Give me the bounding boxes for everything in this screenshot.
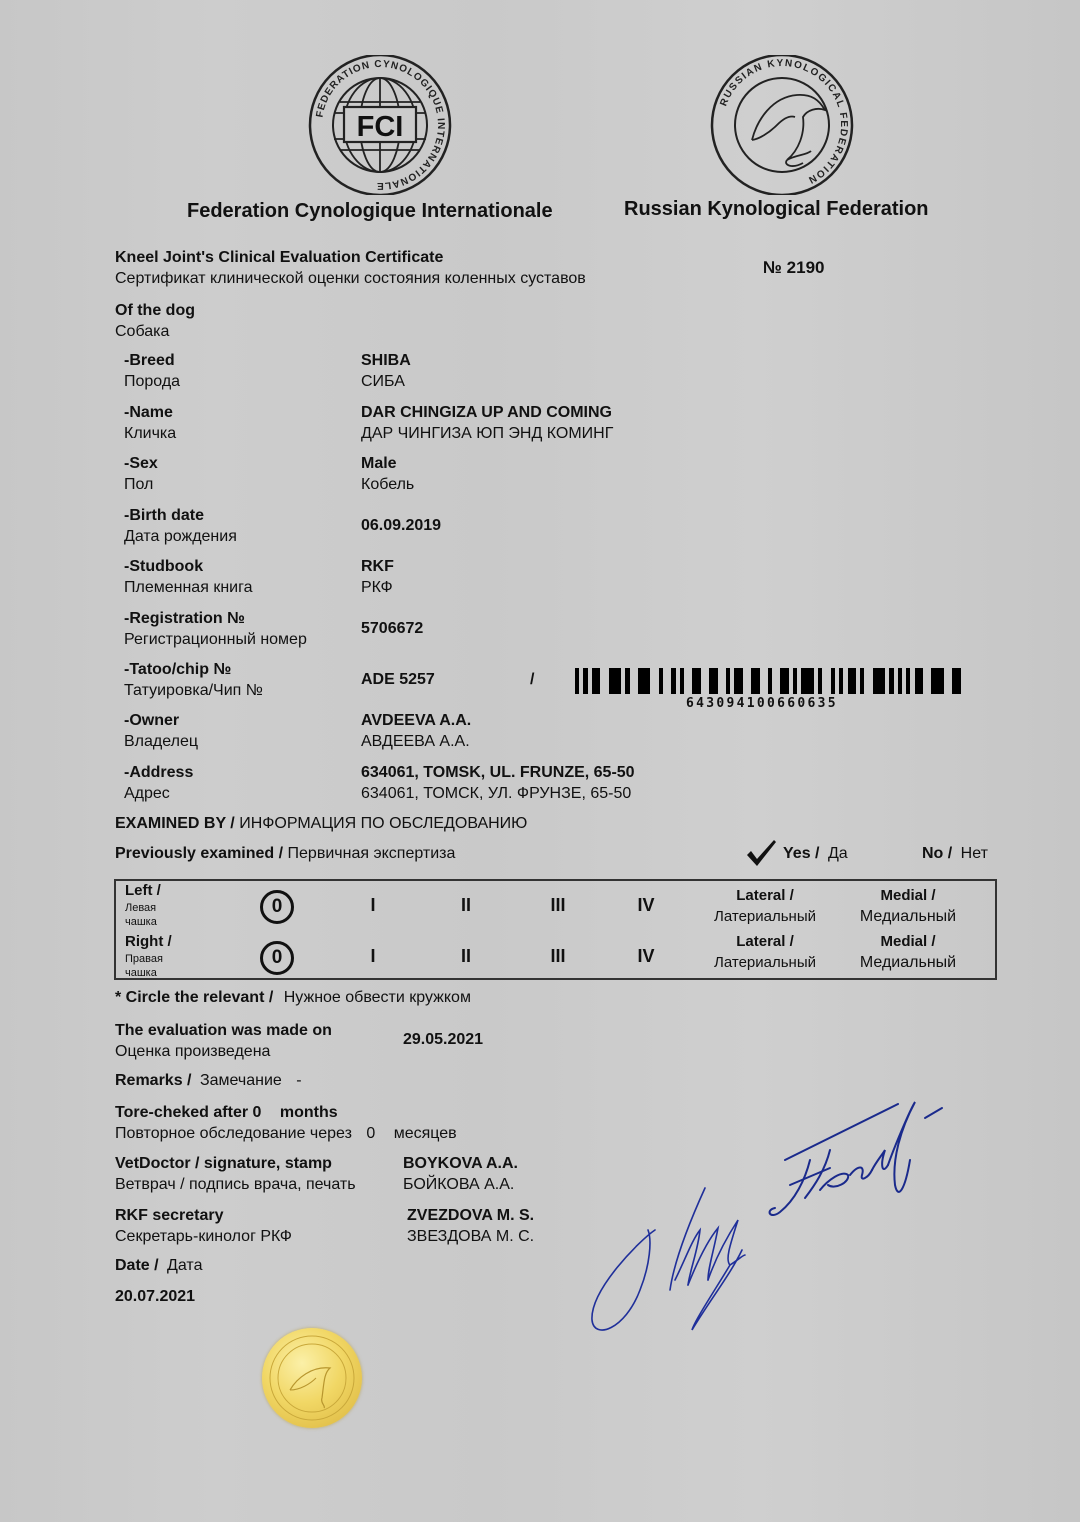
grade-option-ii[interactable]: II [461, 895, 471, 916]
field-label-ru: Племенная книга [124, 577, 252, 598]
field-name: -NameКличка DAR CHINGIZA UP AND COMINGДА… [124, 402, 1024, 450]
field-label: -Name [124, 402, 176, 423]
rkf-org-name: Russian Kynological Federation [624, 198, 929, 221]
field-value: Male [361, 453, 414, 474]
recheck-suffix-en: months [280, 1104, 338, 1121]
checkmark-icon [745, 838, 777, 868]
vet-name-ru: БОЙКОВА А.А. [403, 1174, 518, 1195]
previously-examined-en: Previously examined / [115, 845, 283, 862]
field-label: -Registration № [124, 608, 307, 629]
signatures [580, 1090, 960, 1350]
borzoi-head-icon [752, 95, 825, 166]
evaluation-label-ru: Оценка произведена [115, 1041, 332, 1062]
secretary-name: ZVEZDOVA M. S. ЗВЕЗДОВА М. С. [407, 1205, 534, 1247]
field-breed: -BreedПорода SHIBAСИБА [124, 350, 1024, 398]
examined-heading: EXAMINED BY / ИНФОРМАЦИЯ ПО ОБСЛЕДОВАНИЮ [115, 815, 527, 833]
field-owner: -OwnerВладелец AVDEEVA A.A.АВДЕЕВА А.А. [124, 710, 1024, 758]
field-value: 5706672 [361, 618, 423, 639]
secretary-label-en: RKF secretary [115, 1205, 292, 1226]
medial-option[interactable]: Medial / Медиальный [860, 932, 956, 974]
medial-label-en: Medial / [860, 932, 956, 952]
grade-option-iv[interactable]: IV [637, 895, 654, 916]
field-value-ru: Кобель [361, 474, 414, 495]
grade-row-right: Right / Правая чашка 0 I II III IV Later… [116, 932, 995, 980]
yes-label-en: Yes / [783, 845, 819, 862]
grade-option-0[interactable]: 0 [260, 890, 294, 924]
vet-label-ru: Ветврач / подпись врача, печать [115, 1174, 356, 1195]
recheck-value-en: 0 [253, 1104, 262, 1121]
field-label: -Breed [124, 350, 180, 371]
dog-section-heading: Of the dog Собака [115, 300, 195, 342]
previously-examined-ru: Первичная экспертиза [288, 845, 456, 862]
examined-heading-ru: ИНФОРМАЦИЯ ПО ОБСЛЕДОВАНИЮ [239, 815, 527, 832]
fci-org-name: Federation Cynologique Internationale [187, 200, 553, 223]
field-label: -Sex [124, 453, 158, 474]
gold-seal [262, 1328, 362, 1428]
field-registration: -Registration №Регистрационный номер 570… [124, 608, 1024, 656]
side-label: Left / [125, 882, 161, 899]
remarks-label-ru: Замечание [200, 1072, 282, 1089]
field-value: 06.09.2019 [361, 515, 441, 536]
evaluation-label-en: The evaluation was made on [115, 1020, 332, 1041]
vet-name: BOYKOVA A.A. БОЙКОВА А.А. [403, 1153, 518, 1195]
lateral-label-ru: Латериальный [714, 952, 816, 974]
grade-table: Left / Левая чашка 0 I II III IV Lateral… [114, 879, 997, 980]
side-label-ru: Правая чашка [125, 952, 185, 980]
secretary-label-ru: Секретарь-кинолог РКФ [115, 1226, 292, 1247]
field-label-ru: Владелец [124, 731, 198, 752]
medial-label-en: Medial / [860, 886, 956, 906]
date-label: Date / Дата [115, 1257, 202, 1275]
yes-option[interactable]: Yes / Да [783, 845, 848, 863]
field-value: SHIBA [361, 350, 411, 371]
field-label: -Studbook [124, 556, 252, 577]
no-option[interactable]: No / Нет [922, 845, 988, 863]
previously-examined: Previously examined / Первичная эксперти… [115, 845, 455, 863]
remarks: Remarks / Замечание - [115, 1072, 302, 1090]
field-studbook: -StudbookПлеменная книга RKFРКФ [124, 556, 1024, 604]
field-value: RKF [361, 556, 394, 577]
lateral-label-en: Lateral / [714, 886, 816, 906]
field-address: -AddressАдрес 634061, TOMSK, UL. FRUNZE,… [124, 762, 1024, 810]
secretary-signature-icon [592, 1188, 745, 1330]
recheck-suffix-ru: месяцев [394, 1125, 457, 1142]
circle-note-en: * Circle the relevant / [115, 989, 273, 1006]
recheck: Tore-cheked after 0 months Повторное обс… [115, 1102, 457, 1144]
secretary-label: RKF secretary Секретарь-кинолог РКФ [115, 1205, 292, 1247]
field-value-ru: ДАР ЧИНГИЗА ЮП ЭНД КОМИНГ [361, 423, 613, 444]
fci-logo: FCI FEDERATION CYNOLOGIQUE INTERNATIONAL… [306, 55, 454, 195]
chip-separator: / [530, 669, 534, 690]
chip-barcode [575, 668, 970, 694]
field-value-ru: АВДЕЕВА А.А. [361, 731, 471, 752]
field-sex: -SexПол MaleКобель [124, 453, 1024, 501]
field-label: -Owner [124, 710, 198, 731]
no-label-en: No / [922, 845, 952, 862]
secretary-name-en: ZVEZDOVA M. S. [407, 1205, 534, 1226]
field-birth-date: -Birth dateДата рождения 06.09.2019 [124, 505, 1024, 553]
field-label-ru: Адрес [124, 783, 193, 804]
field-label-ru: Дата рождения [124, 526, 237, 547]
certificate-title: Kneel Joint's Clinical Evaluation Certif… [115, 249, 443, 267]
chip-barcode-number: 643094100660635 [686, 696, 838, 711]
vet-label: VetDoctor / signature, stamp Ветврач / п… [115, 1153, 356, 1195]
recheck-prefix-ru: Повторное обследование через [115, 1125, 352, 1142]
field-value: DAR CHINGIZA UP AND COMING [361, 402, 613, 423]
grade-option-i[interactable]: I [370, 946, 375, 967]
lateral-label-ru: Латериальный [714, 906, 816, 928]
no-label-ru: Нет [961, 845, 988, 862]
field-label-ru: Порода [124, 371, 180, 392]
recheck-prefix-en: Tore-cheked after [115, 1104, 248, 1121]
vet-signature-icon [770, 1102, 942, 1215]
grade-option-ii[interactable]: II [461, 946, 471, 967]
grade-option-0[interactable]: 0 [260, 941, 294, 975]
grade-option-i[interactable]: I [370, 895, 375, 916]
certificate-number: № 2190 [763, 258, 825, 278]
medial-label-ru: Медиальный [860, 952, 956, 974]
field-label-ru: Пол [124, 474, 158, 495]
remarks-value: - [296, 1072, 301, 1089]
yes-label-ru: Да [828, 845, 848, 862]
rkf-logo: RUSSIAN KYNOLOGICAL FEDERATION [707, 55, 857, 195]
examined-heading-en: EXAMINED BY / [115, 815, 235, 832]
medial-option[interactable]: Medial / Медиальный [860, 886, 956, 928]
field-label: -Birth date [124, 505, 237, 526]
vet-label-en: VetDoctor / signature, stamp [115, 1153, 356, 1174]
grade-option-iv[interactable]: IV [637, 946, 654, 967]
field-label: -Tatoo/chip № [124, 659, 263, 680]
secretary-name-ru: ЗВЕЗДОВА М. С. [407, 1226, 534, 1247]
field-label: -Address [124, 762, 193, 783]
field-label-ru: Татуировка/Чип № [124, 680, 263, 701]
recheck-value-ru: 0 [366, 1125, 375, 1142]
field-label-ru: Регистрационный номер [124, 629, 307, 650]
medial-label-ru: Медиальный [860, 906, 956, 928]
lateral-option[interactable]: Lateral / Латериальный [714, 932, 816, 974]
evaluation-date: 29.05.2021 [403, 1029, 483, 1050]
circle-note: * Circle the relevant / Нужное обвести к… [115, 989, 471, 1007]
grade-option-iii[interactable]: III [550, 946, 565, 967]
side-label: Right / [125, 933, 172, 950]
field-value-ru: СИБА [361, 371, 411, 392]
grade-row-left: Left / Левая чашка 0 I II III IV Lateral… [116, 881, 995, 929]
remarks-label-en: Remarks / [115, 1072, 192, 1089]
certificate-title-ru: Сертификат клинической оценки состояния … [115, 270, 586, 288]
lateral-option[interactable]: Lateral / Латериальный [714, 886, 816, 928]
evaluation-label: The evaluation was made on Оценка произв… [115, 1020, 332, 1062]
field-value-ru: 634061, ТОМСК, УЛ. ФРУНЗЕ, 65-50 [361, 783, 635, 804]
side-label-ru: Левая чашка [125, 901, 185, 929]
grade-option-iii[interactable]: III [550, 895, 565, 916]
field-value: AVDEEVA A.A. [361, 710, 471, 731]
field-value: ADE 5257 [361, 669, 435, 690]
vet-name-en: BOYKOVA A.A. [403, 1153, 518, 1174]
field-value-ru: РКФ [361, 577, 394, 598]
dog-heading-en: Of the dog [115, 300, 195, 321]
circle-note-ru: Нужное обвести кружком [284, 989, 471, 1006]
field-label-ru: Кличка [124, 423, 176, 444]
date-label-en: Date / [115, 1257, 159, 1274]
lateral-label-en: Lateral / [714, 932, 816, 952]
seal-borzoi-icon [262, 1328, 362, 1428]
dog-heading-ru: Собака [115, 321, 195, 342]
date-label-ru: Дата [167, 1257, 202, 1274]
field-value: 634061, TOMSK, UL. FRUNZE, 65-50 [361, 762, 635, 783]
svg-text:FCI: FCI [357, 111, 404, 143]
issue-date: 20.07.2021 [115, 1286, 195, 1307]
